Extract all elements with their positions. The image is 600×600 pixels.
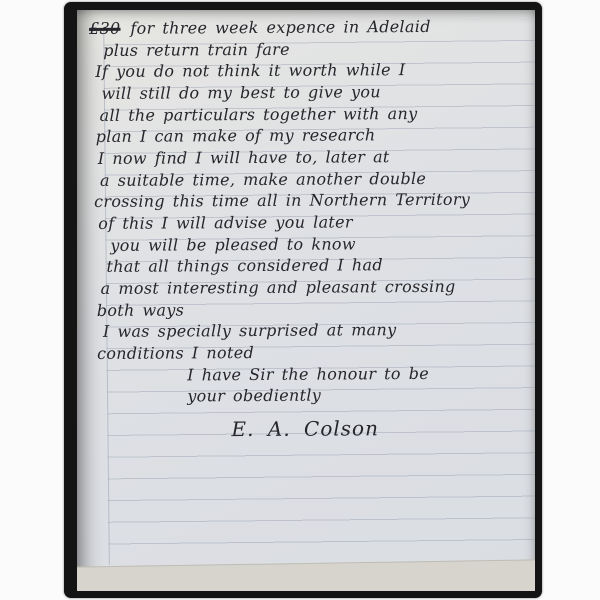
- handwritten-line: I now find I will have to, later at: [90, 145, 535, 169]
- line-text: all the particulars together with any: [100, 104, 418, 125]
- handwritten-line: £30 for three week expence in Adelaid: [89, 15, 535, 39]
- handwritten-line: If you do not think it worth while I: [89, 59, 535, 83]
- line-text: of this I will advise you later: [98, 212, 353, 233]
- line-text: plus return train fare: [103, 39, 290, 59]
- line-text: that all things considered I had: [106, 255, 382, 276]
- letter-lines: £30 for three week expence in Adelaidplu…: [89, 15, 535, 408]
- handwritten-line: I have Sir the honour to be: [91, 362, 535, 386]
- handwritten-line: of this I will advise you later: [90, 210, 535, 234]
- line-text: will still do my best to give you: [101, 82, 381, 103]
- handwritten-line: all the particulars together with any: [90, 102, 535, 126]
- line-text: I now find I will have to, later at: [98, 147, 390, 168]
- handwritten-line: you will be pleased to know: [90, 232, 535, 256]
- line-text: you will be pleased to know: [110, 234, 356, 254]
- handwritten-line: both ways: [91, 297, 535, 321]
- line-text: your obediently: [187, 386, 321, 406]
- line-text: If you do not think it worth while I: [95, 60, 405, 81]
- handwritten-line: your obediently: [91, 383, 535, 407]
- handwritten-line: a suitable time, make another double: [90, 167, 535, 191]
- letter-body: £30 for three week expence in Adelaidplu…: [89, 15, 535, 441]
- handwritten-line: that all things considered I had: [90, 253, 535, 277]
- line-text: I was specially surprised at many: [103, 320, 397, 341]
- handwritten-line: plan I can make of my research: [90, 124, 535, 148]
- line-text: I have Sir the honour to be: [187, 363, 429, 383]
- line-text: both ways: [97, 300, 185, 320]
- line-text: crossing this time all in Northern Terri…: [94, 190, 470, 211]
- handwritten-line: plus return train fare: [89, 37, 535, 61]
- line-text: a most interesting and pleasant crossing: [101, 277, 456, 298]
- handwritten-line: will still do my best to give you: [89, 80, 535, 104]
- handwritten-line: a most interesting and pleasant crossing: [91, 275, 535, 299]
- handwritten-line: crossing this time all in Northern Terri…: [90, 189, 535, 213]
- line-text: conditions I noted: [97, 343, 254, 363]
- handwritten-line: conditions I noted: [91, 340, 535, 364]
- handwritten-line: I was specially surprised at many: [91, 318, 535, 342]
- line-text: for three week expence in Adelaid: [122, 17, 430, 38]
- struck-amount: £30: [89, 19, 123, 38]
- line-text: plan I can make of my research: [96, 126, 376, 147]
- line-text: a suitable time, make another double: [100, 169, 426, 190]
- signature: E. A. Colson: [91, 417, 535, 441]
- photo-frame: £30 for three week expence in Adelaidplu…: [64, 2, 542, 598]
- letter-photo: £30 for three week expence in Adelaidplu…: [77, 10, 535, 591]
